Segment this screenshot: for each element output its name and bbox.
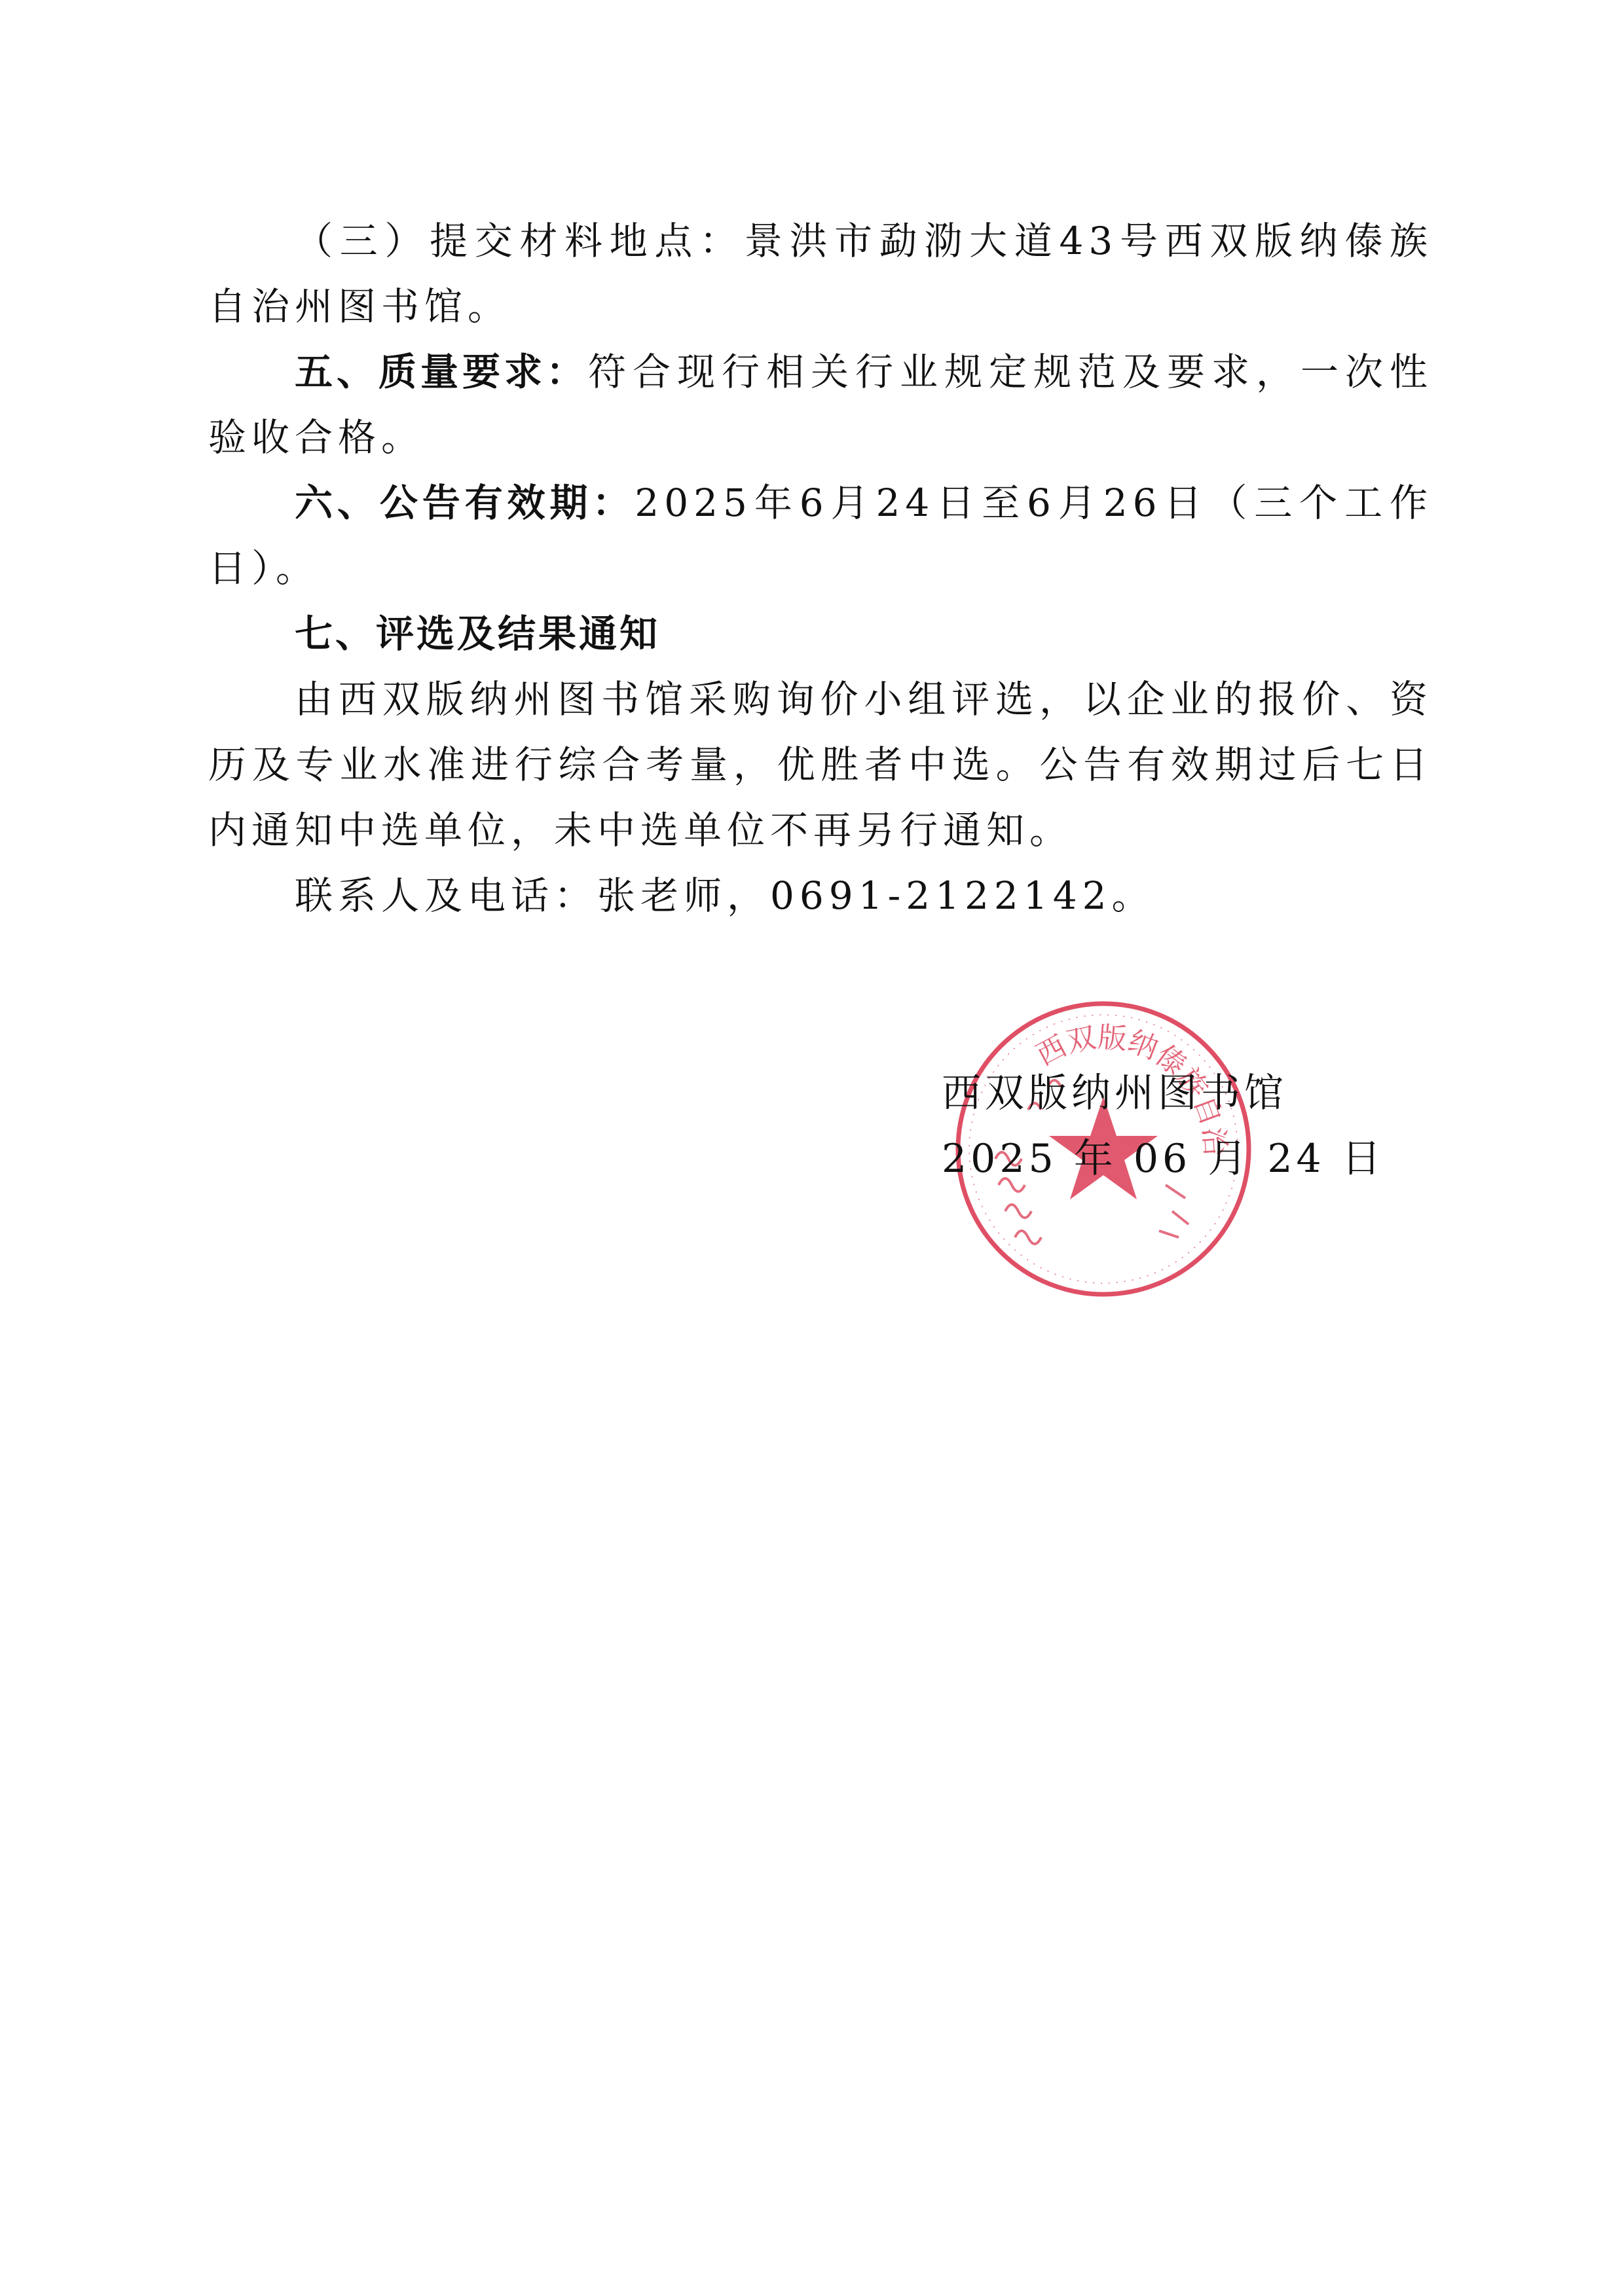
paragraph-validity-period: 六、公告有效期：2025年6月24日至6月26日（三个工作日）。 [208,470,1433,601]
paragraph-text: 联系人及电话：张老师，0691-2122142。 [295,873,1155,918]
paragraph-selection-heading: 七、评选及结果通知 [208,601,1433,666]
section-heading: 七、评选及结果通知 [295,611,660,656]
paragraph-contact: 联系人及电话：张老师，0691-2122142。 [208,863,1433,928]
paragraph-quality-requirements: 五、质量要求：符合现行相关行业规定规范及要求，一次性验收合格。 [208,339,1433,470]
section-heading: 六、公告有效期： [295,481,635,525]
paragraph-selection-body: 由西双版纳州图书馆采购询价小组评选，以企业的报价、资历及专业水准进行综合考量，优… [208,666,1433,863]
document-page: （三）提交材料地点：景洪市勐泐大道43号西双版纳傣族自治州图书馆。 五、质量要求… [0,0,1624,2296]
document-body: （三）提交材料地点：景洪市勐泐大道43号西双版纳傣族自治州图书馆。 五、质量要求… [208,208,1433,928]
paragraph-text: 由西双版纳州图书馆采购询价小组评选，以企业的报价、资历及专业水准进行综合考量，优… [208,677,1433,852]
paragraph-submit-location: （三）提交材料地点：景洪市勐泐大道43号西双版纳傣族自治州图书馆。 [208,208,1433,339]
paragraph-text: （三）提交材料地点：景洪市勐泐大道43号西双版纳傣族自治州图书馆。 [208,219,1433,329]
signature-organization: 西双版纳州图书馆 [942,1061,1385,1126]
signature-block: 西双版纳州图书馆 2025 年 06 月 24 日 [942,1061,1385,1192]
section-heading: 五、质量要求： [295,350,588,394]
signature-date: 2025 年 06 月 24 日 [942,1126,1385,1192]
